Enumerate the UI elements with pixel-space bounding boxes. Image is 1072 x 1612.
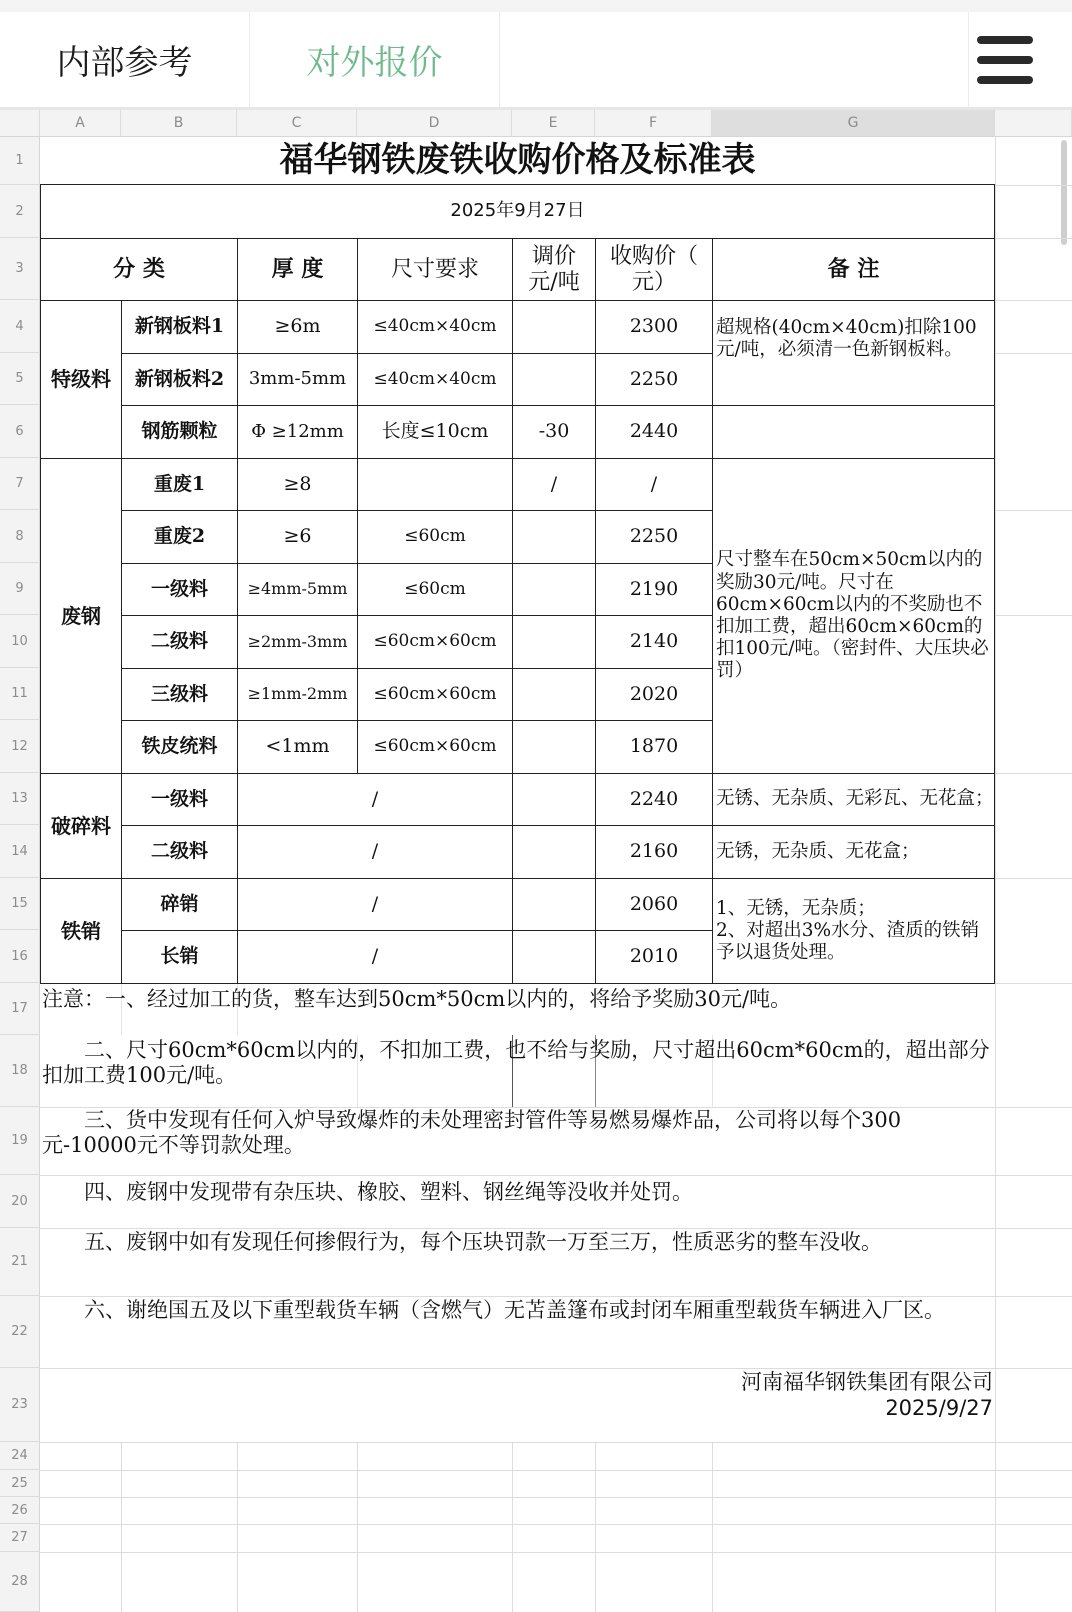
column-header-e[interactable]: E [512,110,595,137]
item-adjust[interactable] [512,720,596,774]
gridline [40,1442,1072,1443]
gridline [995,878,1072,879]
header-category[interactable]: 分 类 [40,238,238,301]
item-price[interactable]: 1870 [595,720,713,774]
item-adjust[interactable] [512,563,596,616]
spreadsheet[interactable]: A B C D E F G 1 2 3 4 5 6 7 8 9 10 11 12… [0,110,1072,1612]
row-header[interactable]: 2 [0,185,40,238]
gridline [40,1175,1072,1176]
gridline [40,1524,1072,1525]
header-price[interactable]: 收购价（ 元） [595,238,713,301]
row-header[interactable]: 22 [0,1296,40,1368]
note-6[interactable]: 六、谢绝国五及以下重型载货车辆（含燃气）无苫盖篷布或封闭车厢重型载货车辆进入厂区… [42,1298,992,1323]
item-size[interactable] [357,458,513,511]
item-adjust[interactable] [512,773,596,826]
tab-external-quote[interactable]: 对外报价 [250,12,500,107]
item-spec[interactable]: / [237,773,513,826]
item-thickness[interactable]: ≥2mm-3mm [237,615,358,669]
row-header[interactable]: 9 [0,563,40,615]
row-header[interactable]: 23 [0,1368,40,1442]
item-name[interactable]: 一级料 [121,773,238,826]
item-price[interactable]: 2190 [595,563,713,616]
column-header-a[interactable]: A [40,110,121,137]
item-thickness[interactable]: Φ ≥12mm [237,405,358,459]
gridline [40,1228,1072,1229]
item-adjust[interactable] [512,510,596,564]
header-price-line2: 元） [632,270,676,295]
item-name[interactable]: 重废2 [121,510,238,564]
row-header[interactable]: 25 [0,1470,40,1497]
row-header[interactable]: 15 [0,878,40,930]
item-spec[interactable]: / [237,930,513,984]
row-header[interactable]: 14 [0,825,40,878]
signature-block[interactable]: 河南福华钢铁集团有限公司 2025/9/27 [600,1369,993,1422]
signature-date: 2025/9/27 [600,1395,993,1421]
header-adjust[interactable]: 调价 元/吨 [512,238,596,301]
item-adjust[interactable] [512,668,596,721]
item-adjust[interactable]: / [512,458,596,511]
row-header[interactable]: 8 [0,510,40,563]
gridline [995,137,996,1612]
row-header[interactable]: 18 [0,1035,40,1107]
tab-internal-reference[interactable]: 内部参考 [0,12,250,107]
item-thickness[interactable]: ≥4mm-5mm [237,563,358,616]
gridline [995,185,1072,186]
item-adjust[interactable] [512,353,596,406]
column-header-g[interactable]: G [712,110,995,137]
note-1[interactable]: 注意：一、经过加工的货，整车达到50cm*50cm以内的，将给予奖励30元/吨。 [42,987,992,1012]
select-all-corner[interactable] [0,110,40,137]
top-tab-bar: 内部参考 对外报价 [0,0,1072,110]
row-header[interactable]: 20 [0,1175,40,1228]
item-price[interactable]: 2020 [595,668,713,721]
column-header-h[interactable] [995,110,1072,137]
row-header[interactable]: 10 [0,615,40,668]
sheet-date[interactable]: 2025年9月27日 [40,184,995,239]
gridline [121,1442,122,1612]
gridline [995,615,1072,616]
row-header[interactable]: 19 [0,1107,40,1175]
remark-empty[interactable] [712,405,995,459]
item-price[interactable]: 2240 [595,773,713,826]
item-adjust[interactable] [512,825,596,879]
header-thickness[interactable]: 厚 度 [237,238,358,301]
item-thickness[interactable]: <1mm [237,720,358,774]
item-price[interactable]: 2010 [595,930,713,984]
item-name[interactable]: 长销 [121,930,238,984]
item-name[interactable]: 二级料 [121,615,238,669]
item-name[interactable]: 二级料 [121,825,238,879]
row-header[interactable]: 24 [0,1442,40,1470]
tab-label: 对外报价 [307,35,443,84]
remark-crushed-2[interactable]: 无锈，无杂质、无花盒； [712,825,995,879]
item-size[interactable]: ≤60cm [357,563,513,616]
row-header[interactable]: 7 [0,458,40,510]
gridline [357,1442,358,1612]
group-iron-pins[interactable]: 铁销 [40,878,122,984]
row-header[interactable]: 12 [0,720,40,773]
item-size[interactable]: ≤60cm [357,510,513,564]
column-header-f[interactable]: F [595,110,712,137]
item-price[interactable]: 2140 [595,615,713,669]
gridline [995,238,1072,239]
gridline [40,1470,1072,1471]
item-price[interactable]: 2300 [595,300,713,354]
item-adjust[interactable] [512,615,596,669]
item-thickness[interactable]: ≥6m [237,300,358,354]
gridline [995,353,1072,354]
group-special[interactable]: 特级料 [40,300,122,459]
note-2[interactable]: 二、尺寸60cm*60cm以内的，不扣加工费，也不给与奖励，尺寸超出60cm*6… [42,1038,992,1088]
item-thickness[interactable]: ≥8 [237,458,358,511]
row-header[interactable]: 28 [0,1552,40,1612]
gridline [995,510,1072,511]
signature-company: 河南福华钢铁集团有限公司 [600,1369,993,1395]
column-header-d[interactable]: D [357,110,512,137]
gridline [237,1442,238,1612]
gridline [512,1442,513,1612]
note-5[interactable]: 五、废钢中如有发现任何掺假行为，每个压块罚款一万至三万，性质恶劣的整车没收。 [42,1230,992,1255]
hamburger-menu-icon[interactable] [975,34,1037,86]
note-4[interactable]: 四、废钢中发现带有杂压块、橡胶、塑料、钢丝绳等没收并处罚。 [42,1180,992,1205]
remark-scrap-steel[interactable]: 尺寸整车在50cm×50cm以内的奖励30元/吨。尺寸在60cm×60cm以内的… [712,458,995,774]
item-name[interactable]: 新钢板料1 [121,300,238,354]
row-header[interactable]: 3 [0,238,40,300]
item-price[interactable]: / [595,458,713,511]
note-3[interactable]: 三、货中发现有任何入炉导致爆炸的未处理密封管件等易燃易爆炸品，公司将以每个300… [42,1108,992,1158]
item-thickness[interactable]: 3mm-5mm [237,353,358,406]
gridline [995,773,1072,774]
row-header[interactable]: 27 [0,1524,40,1552]
item-size[interactable]: ≤60cm×60cm [357,615,513,669]
item-spec[interactable]: / [237,825,513,879]
remark-crushed-1[interactable]: 无锈、无杂质、无彩瓦、无花盒； [712,773,995,826]
item-adjust[interactable] [512,930,596,984]
header-adjust-line1: 调价 [532,244,576,269]
item-price[interactable]: 2250 [595,510,713,564]
item-name[interactable]: 重废1 [121,458,238,511]
gridline [40,1497,1072,1498]
header-remark[interactable]: 备 注 [712,238,995,301]
row-header[interactable]: 13 [0,773,40,825]
item-size[interactable]: ≤60cm×60cm [357,720,513,774]
item-price[interactable]: 2060 [595,878,713,931]
row-header[interactable]: 6 [0,405,40,458]
group-scrap-steel[interactable]: 废钢 [40,458,122,774]
row-header[interactable]: 5 [0,353,40,405]
header-price-line1: 收购价（ [610,244,698,269]
gridline [995,983,1072,984]
item-name[interactable]: 铁皮统料 [121,720,238,774]
column-header-c[interactable]: C [237,110,357,137]
gridline [40,1296,1072,1297]
item-thickness[interactable]: ≥1mm-2mm [237,668,358,721]
item-size[interactable]: 长度≤10cm [357,405,513,459]
sheet-title[interactable]: 福华钢铁废铁收购价格及标准表 [40,137,995,185]
tab-label: 内部参考 [57,35,193,84]
item-adjust[interactable]: -30 [512,405,596,459]
item-price[interactable]: 2250 [595,353,713,406]
remark-iron-pins[interactable]: 1、无锈，无杂质； 2、对超出3%水分、渣质的铁销予以退货处理。 [712,878,995,984]
item-adjust[interactable] [512,300,596,354]
item-size[interactable]: ≤40cm×40cm [357,300,513,354]
item-size[interactable]: ≤40cm×40cm [357,353,513,406]
row-header[interactable]: 4 [0,300,40,353]
item-thickness[interactable]: ≥6 [237,510,358,564]
gridline [712,1442,713,1612]
item-price[interactable]: 2440 [595,405,713,459]
item-name[interactable]: 新钢板料2 [121,353,238,406]
gridline [995,300,1072,301]
item-name[interactable]: 钢筋颗粒 [121,405,238,459]
item-adjust[interactable] [512,878,596,931]
row-header[interactable]: 1 [0,137,40,185]
row-header[interactable]: 11 [0,668,40,720]
gridline [40,1552,1072,1553]
remark-special[interactable]: 超规格(40cm×40cm)扣除100元/吨，必须清一色新钢板料。 [712,300,995,406]
row-header[interactable]: 21 [0,1228,40,1296]
item-spec[interactable]: / [237,878,513,931]
item-name[interactable]: 一级料 [121,563,238,616]
header-size[interactable]: 尺寸要求 [357,238,513,301]
gridline [595,1442,596,1612]
item-name[interactable]: 三级料 [121,668,238,721]
row-header[interactable]: 16 [0,930,40,983]
group-crushed[interactable]: 破碎料 [40,773,122,879]
vertical-scrollbar[interactable] [1061,140,1067,245]
column-header-b[interactable]: B [121,110,237,137]
row-header[interactable]: 17 [0,983,40,1035]
item-size[interactable]: ≤60cm×60cm [357,668,513,721]
header-adjust-line2: 元/吨 [528,270,579,295]
row-header[interactable]: 26 [0,1497,40,1524]
item-name[interactable]: 碎销 [121,878,238,931]
item-price[interactable]: 2160 [595,825,713,879]
divider [968,12,969,107]
